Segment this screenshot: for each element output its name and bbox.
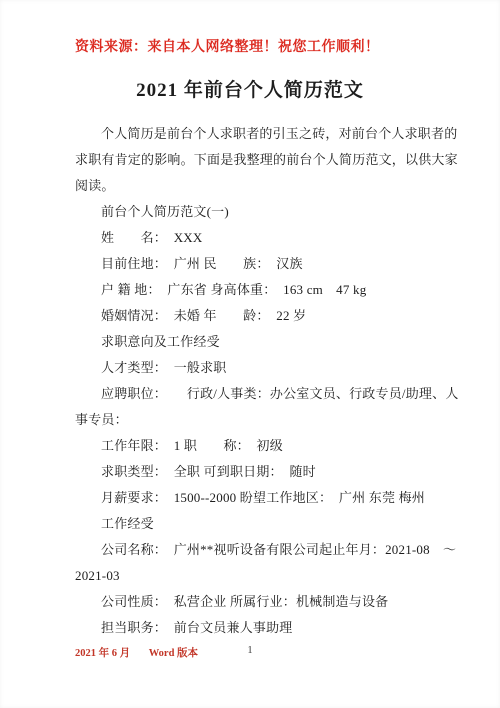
field-salary-expectation: 月薪要求： 1500--2000 盼望工作地区： 广州 东莞 梅州 xyxy=(75,485,477,511)
field-marital-status: 婚姻情况： 未婚 年 龄： 22 岁 xyxy=(75,303,477,329)
document-title: 2021 年前台个人简历范文 xyxy=(0,75,500,102)
field-name: 姓 名： XXX xyxy=(75,225,477,251)
heading-work-experience: 工作经受 xyxy=(75,511,477,537)
field-talent-type: 人才类型： 一般求职 xyxy=(75,355,477,381)
heading-job-intention: 求职意向及工作经受 xyxy=(75,329,477,355)
source-notice: 资料来源：来自本人网络整理！祝您工作顺利！ xyxy=(0,0,500,56)
resume-sample-heading: 前台个人简历范文(一) xyxy=(75,199,477,225)
page-number: 1 xyxy=(0,645,500,656)
field-position-applied: 应聘职位： 行政/人事类：办公室文员、行政专员/助理、人 事专员： xyxy=(75,381,477,433)
document-body: 个人简历是前台个人求职者的引玉之砖，对前台个人求职者的 求职有肯定的影响。下面是… xyxy=(75,121,477,641)
field-work-years: 工作年限： 1 职 称： 初级 xyxy=(75,433,477,459)
document-page: 资料来源：来自本人网络整理！祝您工作顺利！ 2021 年前台个人简历范文 个人简… xyxy=(0,0,500,708)
intro-paragraph: 个人简历是前台个人求职者的引玉之砖，对前台个人求职者的 求职有肯定的影响。下面是… xyxy=(75,121,477,199)
field-company-name: 公司名称： 广州**视听设备有限公司起止年月：2021-08 ～ 2021-03 xyxy=(75,537,477,589)
field-position-held: 担当职务： 前台文员兼人事助理 xyxy=(75,615,477,641)
field-job-type: 求职类型： 全职 可到职日期： 随时 xyxy=(75,459,477,485)
field-company-nature: 公司性质： 私营企业 所属行业：机械制造与设备 xyxy=(75,589,477,615)
field-current-residence: 目前住地： 广州 民 族： 汉族 xyxy=(75,251,477,277)
field-household-register: 户 籍 地： 广东省 身高体重： 163 cm 47 kg xyxy=(75,277,477,303)
